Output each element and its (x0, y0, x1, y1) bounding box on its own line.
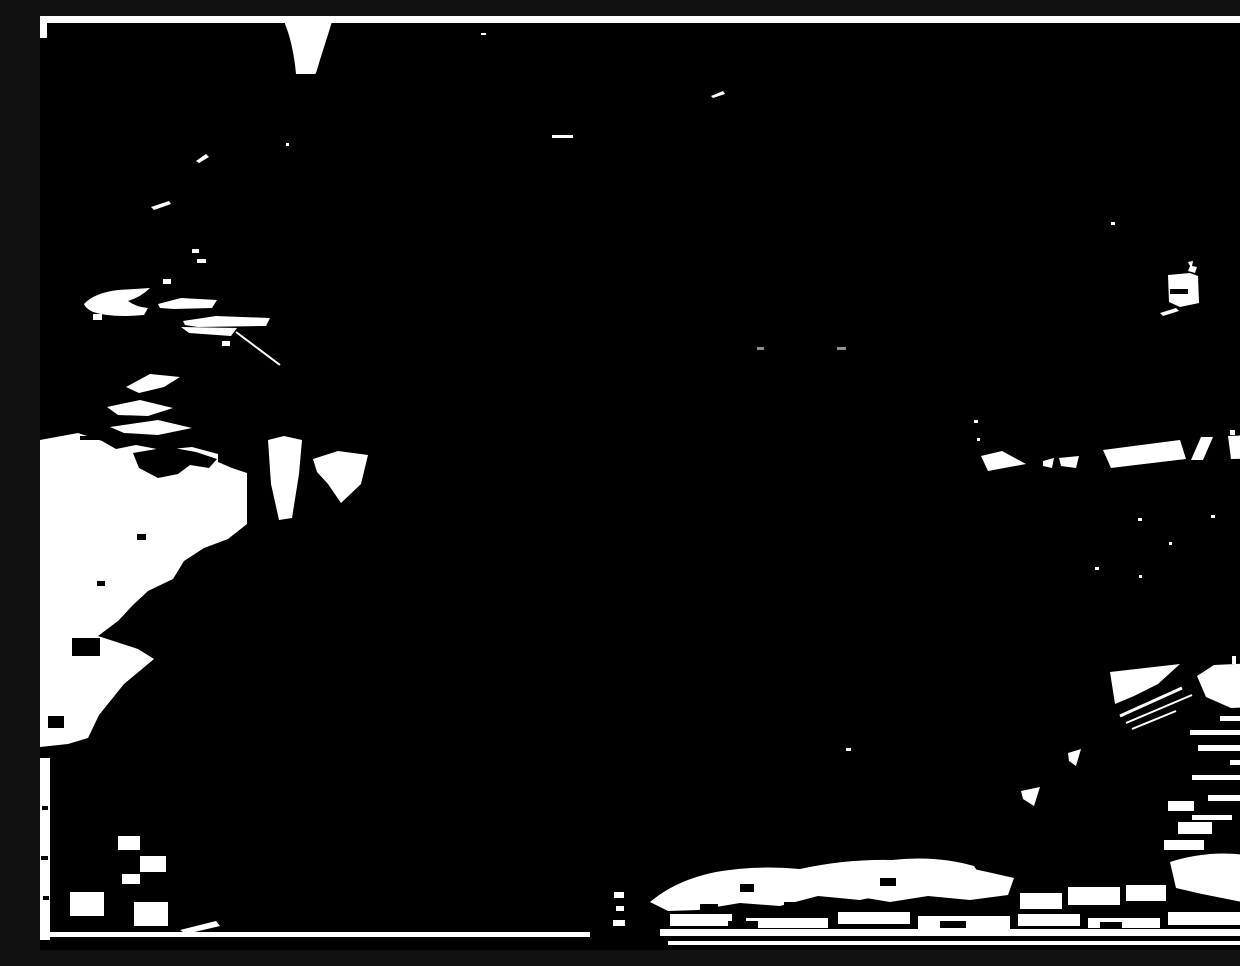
speckle-4 (70, 892, 104, 916)
scene-svg (40, 16, 1240, 950)
floor-spike (1232, 656, 1236, 664)
radiator-dash-1 (1220, 716, 1240, 721)
carpet-row-2 (746, 918, 828, 928)
dust-6 (1095, 567, 1099, 570)
sliver-dash-3 (43, 896, 49, 900)
leaf-speck-3 (163, 279, 171, 284)
radiator-dash-2 (1190, 730, 1240, 735)
carpet-piece-1 (1020, 893, 1062, 909)
speckle-7 (158, 910, 168, 918)
carpet-hole-6 (1100, 922, 1122, 928)
dust-5 (1169, 542, 1172, 545)
dust-2 (977, 438, 980, 441)
radiator-patch-1 (1168, 801, 1194, 811)
carpet-row-6 (1088, 918, 1160, 928)
radiator-dash-8 (1208, 795, 1240, 801)
floor-line-right (660, 929, 1240, 936)
bright-object-slit (1170, 289, 1188, 294)
floor-line-bottom (668, 941, 1240, 945)
floor-line-left (50, 932, 590, 937)
speckle-2 (140, 856, 166, 872)
mass-dash (80, 436, 107, 440)
top-edge-band (40, 16, 1240, 23)
carpet-hole-2 (740, 884, 754, 892)
binarized-photo (40, 16, 1240, 950)
slat-tick (1230, 430, 1235, 435)
carpet-hole-4 (728, 921, 758, 928)
glint-line (552, 135, 573, 138)
carpet-row-1 (670, 914, 732, 926)
dust-4 (1211, 515, 1215, 518)
mass-dot-1 (137, 534, 146, 540)
speckle-3 (122, 874, 140, 884)
carpet-row-7 (1168, 912, 1240, 925)
top-left-corner-notch (40, 23, 47, 38)
carpet-hole-5 (940, 921, 966, 928)
radiator-dash-10 (1192, 815, 1232, 820)
carpet-row-3 (838, 912, 910, 924)
radiator-patch-3 (1164, 840, 1204, 850)
left-edge-sliver (40, 758, 50, 940)
speck-col-2 (616, 906, 624, 911)
leaf-speck-2 (197, 259, 206, 263)
leaf-speck-1 (192, 249, 199, 253)
carpet-piece-3 (1126, 885, 1166, 901)
carpet-piece-2 (1068, 887, 1120, 905)
mass-block-1 (72, 638, 100, 656)
sliver-dash-2 (41, 856, 48, 860)
carpet-hole-7 (880, 878, 896, 886)
mass-block-2 (48, 716, 64, 728)
dust-7 (1139, 575, 1142, 578)
carpet-row-5 (1018, 914, 1080, 926)
sliver-dash-1 (42, 806, 48, 810)
stem-dot (222, 341, 230, 346)
dot-c (1111, 222, 1115, 225)
dust-3 (1138, 518, 1142, 521)
carpet-hole-1 (700, 904, 718, 912)
dot-d (846, 748, 851, 751)
shoe-highlight-tail (93, 314, 102, 320)
dim-speck-2 (837, 347, 846, 350)
speckle-1 (118, 836, 140, 850)
speck-b (286, 143, 289, 146)
speck-col-3 (613, 920, 625, 926)
carpet-hole-3 (784, 902, 800, 910)
dim-speck-1 (757, 347, 764, 350)
radiator-dash-5 (1230, 760, 1240, 765)
speck-col-1 (614, 892, 624, 898)
radiator-dash-4 (1198, 745, 1240, 751)
mass-dot-2 (97, 581, 105, 586)
radiator-patch-2 (1178, 822, 1212, 834)
radiator-dash-6 (1192, 775, 1240, 780)
dust-1 (974, 420, 978, 423)
speck-a (481, 33, 486, 35)
